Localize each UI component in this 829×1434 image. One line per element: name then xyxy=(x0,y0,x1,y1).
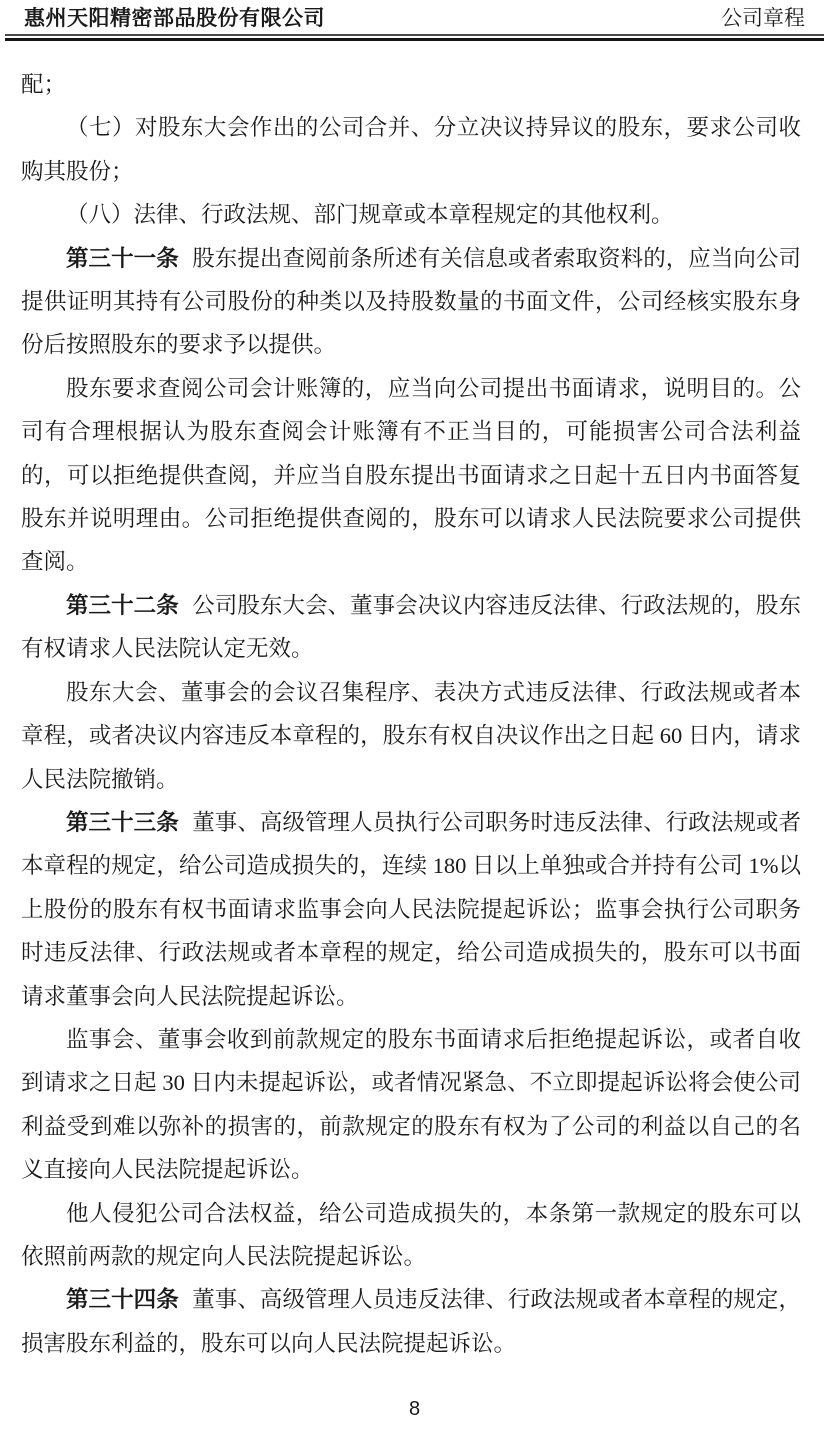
article-number: 第三十二条 xyxy=(66,593,179,618)
article-number: 第三十一条 xyxy=(66,246,179,271)
paragraph-article-31-2: 股东要求查阅公司会计账簿的，应当向公司提出书面请求，说明目的。公司有合理根据认为… xyxy=(21,367,801,584)
paragraph-text: （七）对股东大会作出的公司合并、分立决议持异议的股东，要求公司收购其股份； xyxy=(21,115,801,183)
paragraph-text: 配； xyxy=(21,72,66,97)
page-header: 惠州天阳精密部品股份有限公司 公司章程 xyxy=(0,0,829,34)
paragraph-item-7: （七）对股东大会作出的公司合并、分立决议持异议的股东，要求公司收购其股份； xyxy=(21,106,801,193)
header-double-rule xyxy=(5,34,824,41)
header-company-name: 惠州天阳精密部品股份有限公司 xyxy=(24,6,325,31)
paragraph-text: 监事会、董事会收到前款规定的股东书面请求后拒绝提起诉讼，或者自收到请求之日起 3… xyxy=(21,1027,801,1182)
paragraph-text: 他人侵犯公司合法权益，给公司造成损失的，本条第一款规定的股东可以依照前两款的规定… xyxy=(21,1201,801,1269)
article-number: 第三十三条 xyxy=(66,810,179,835)
paragraph-text: 股东要求查阅公司会计账簿的，应当向公司提出书面请求，说明目的。公司有合理根据认为… xyxy=(21,376,801,575)
paragraph-item-8: （八）法律、行政法规、部门规章或本章程规定的其他权利。 xyxy=(21,193,801,236)
paragraph-article-32: 第三十二条公司股东大会、董事会决议内容违反法律、行政法规的，股东有权请求人民法院… xyxy=(21,584,801,671)
document-page: 惠州天阳精密部品股份有限公司 公司章程 配； （七）对股东大会作出的公司合并、分… xyxy=(0,0,829,1434)
paragraph-article-32-2: 股东大会、董事会的会议召集程序、表决方式违反法律、行政法规或者本章程，或者决议内… xyxy=(21,671,801,801)
paragraph-text: 股东大会、董事会的会议召集程序、表决方式违反法律、行政法规或者本章程，或者决议内… xyxy=(21,680,801,792)
paragraph-article-33-2: 监事会、董事会收到前款规定的股东书面请求后拒绝提起诉讼，或者自收到请求之日起 3… xyxy=(21,1018,801,1192)
paragraph-article-34: 第三十四条董事、高级管理人员违反法律、行政法规或者本章程的规定，损害股东利益的，… xyxy=(21,1278,801,1365)
page-number: 8 xyxy=(409,1398,420,1420)
paragraph-article-33: 第三十三条董事、高级管理人员执行公司职务时违反法律、行政法规或者本章程的规定，给… xyxy=(21,801,801,1018)
document-body: 配； （七）对股东大会作出的公司合并、分立决议持异议的股东，要求公司收购其股份；… xyxy=(0,41,829,1365)
article-number: 第三十四条 xyxy=(66,1287,179,1312)
paragraph-article-33-3: 他人侵犯公司合法权益，给公司造成损失的，本条第一款规定的股东可以依照前两款的规定… xyxy=(21,1192,801,1279)
paragraph-text: 董事、高级管理人员执行公司职务时违反法律、行政法规或者本章程的规定，给公司造成损… xyxy=(21,810,801,1009)
paragraph-text: （八）法律、行政法规、部门规章或本章程规定的其他权利。 xyxy=(66,202,674,227)
paragraph-continuation: 配； xyxy=(21,63,801,106)
page-footer: 8 xyxy=(0,1398,829,1421)
paragraph-article-31: 第三十一条股东提出查阅前条所述有关信息或者索取资料的，应当向公司提供证明其持有公… xyxy=(21,237,801,367)
header-doc-title: 公司章程 xyxy=(721,6,805,31)
